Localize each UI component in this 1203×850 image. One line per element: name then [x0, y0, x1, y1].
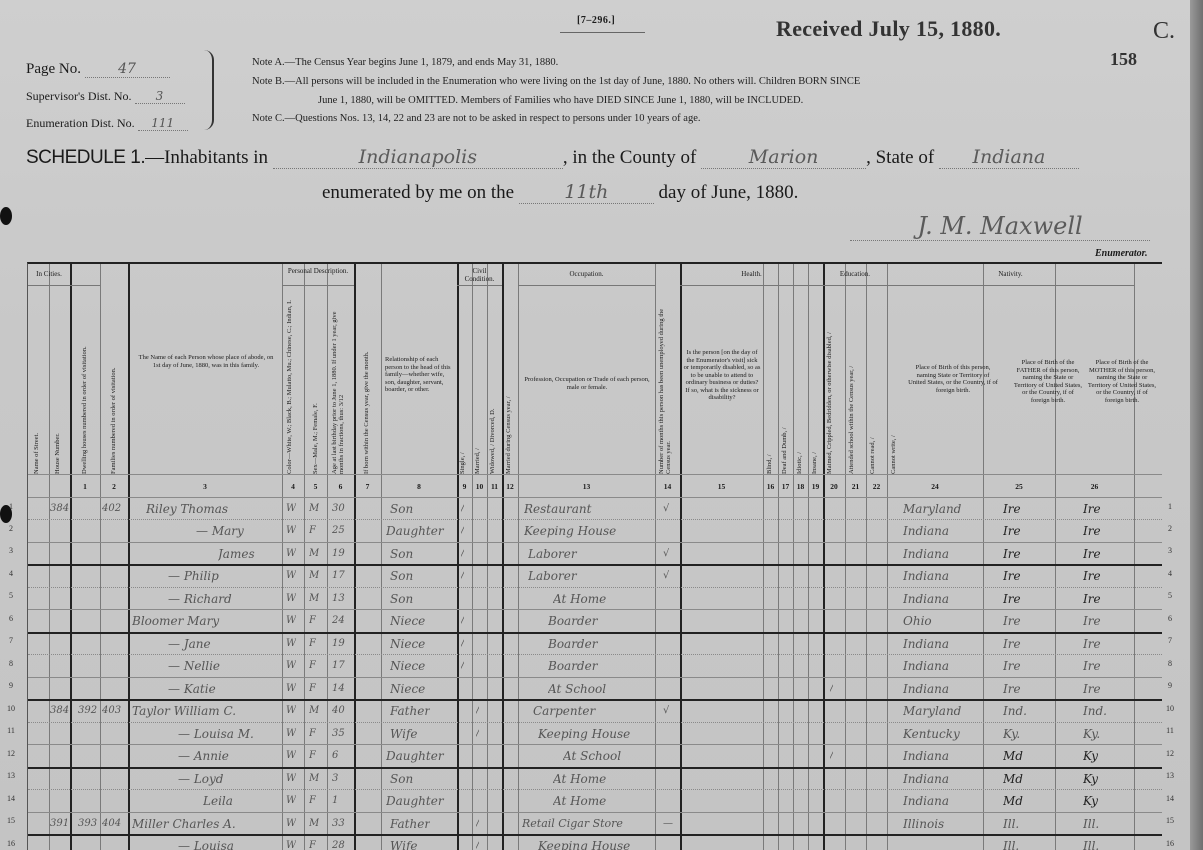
father-birthplace: Ire — [1003, 544, 1021, 564]
line-number: 7 — [1163, 636, 1177, 645]
col-header-name: The Name of each Person whose place of a… — [138, 354, 274, 369]
mother-birthplace: Ire — [1083, 634, 1101, 654]
line-number: 14 — [1163, 794, 1177, 803]
father-birthplace: Ill. — [1003, 836, 1019, 850]
place-value: Indianapolis — [273, 146, 563, 169]
line-number: 4 — [1163, 569, 1177, 578]
group-civil-condition: Civil Condition. — [457, 267, 502, 283]
age: 17 — [332, 656, 345, 676]
note-b-continued: June 1, 1880, will be OMITTED. Members o… — [318, 95, 803, 106]
sex: F — [309, 679, 316, 699]
line-number: 2 — [4, 524, 18, 533]
group-nativity: Nativity. — [887, 270, 1134, 278]
line-number: 2 — [1163, 524, 1177, 533]
enumeration-district-label: Enumeration Dist. No. — [26, 116, 135, 131]
col-header-dwelling: Dwelling houses numbered in order of vis… — [81, 294, 88, 474]
enumerator-label: Enumerator. — [1095, 248, 1148, 259]
single-mark: / — [461, 566, 464, 586]
father-birthplace: Md — [1003, 769, 1023, 789]
mother-birthplace: Ire — [1083, 589, 1101, 609]
census-page: [7–296.] Received July 15, 1880. C. 158 … — [0, 0, 1190, 850]
birthplace: Indiana — [903, 791, 949, 811]
col-header-father-birthplace: Place of Birth of the FATHER of this per… — [1013, 359, 1083, 404]
occupation: Laborer — [528, 566, 654, 586]
sex: M — [309, 769, 319, 789]
mother-birthplace: Ky. — [1083, 724, 1100, 744]
sex: F — [309, 634, 316, 654]
line-number: 5 — [1163, 591, 1177, 600]
person-name: James — [218, 544, 282, 564]
mother-birthplace: Ire — [1083, 521, 1101, 541]
person-name: Miller Charles A. — [132, 814, 282, 834]
family-number: 403 — [102, 701, 128, 721]
father-birthplace: Ire — [1003, 634, 1021, 654]
line-number: 7 — [4, 636, 18, 645]
occupation: At Home — [553, 769, 653, 789]
relationship: Son — [390, 769, 413, 789]
line-number: 14 — [4, 794, 18, 803]
person-name: — Mary — [146, 521, 332, 541]
color: W — [286, 679, 296, 699]
sex: F — [309, 791, 316, 811]
relationship: Niece — [390, 679, 425, 699]
col-header-birthplace: Place of Birth of this person, naming St… — [908, 364, 998, 394]
mother-birthplace: Ire — [1083, 656, 1101, 676]
line-number: 11 — [4, 726, 18, 735]
father-birthplace: Md — [1003, 746, 1023, 766]
line-number: 12 — [4, 749, 18, 758]
birthplace: Maryland — [903, 701, 961, 721]
state-label: , State of — [866, 147, 934, 168]
col-num: 4 — [282, 482, 304, 491]
sex: M — [309, 814, 319, 834]
col-header-unemployed: Number of months this person has been un… — [658, 294, 674, 474]
relationship: Daughter — [386, 746, 456, 766]
col-num: 16 — [763, 482, 778, 491]
enumeration-district-line: Enumeration Dist. No. 111 — [26, 116, 188, 131]
color: W — [286, 769, 296, 789]
line-number: 6 — [1163, 614, 1177, 623]
punch-hole — [0, 207, 12, 225]
relationship: Niece — [390, 611, 425, 631]
supervisor-district-line: Supervisor's Dist. No. 3 — [26, 89, 185, 104]
occupation: At Home — [553, 589, 653, 609]
enumeration-district-value: 111 — [138, 116, 188, 131]
sex: F — [309, 611, 316, 631]
day-suffix: day of June, 1880. — [659, 182, 799, 203]
person-name: Leila — [203, 791, 282, 811]
sheet-number: 158 — [1110, 49, 1137, 70]
col-header-widowed: Widowed, / Divorced, D. — [489, 364, 496, 474]
sex: M — [309, 589, 319, 609]
col-num: 19 — [808, 482, 823, 491]
group-in-cities: In Cities. — [28, 270, 70, 278]
person-name: — Philip — [168, 566, 282, 586]
line-number: 5 — [4, 591, 18, 600]
state-value: Indiana — [939, 146, 1079, 169]
enumeration-date-line: enumerated by me on the 11th day of June… — [322, 181, 798, 204]
line-number: 8 — [1163, 659, 1177, 668]
sex: M — [309, 566, 319, 586]
father-birthplace: Ill. — [1003, 814, 1019, 834]
color: W — [286, 701, 296, 721]
page-number-line: Page No. 47 — [26, 61, 170, 78]
sex: F — [309, 521, 316, 541]
single-mark: / — [461, 499, 464, 519]
unemployed-mark: √ — [663, 499, 669, 519]
person-name: — Katie — [168, 679, 282, 699]
house-number: 384 — [50, 499, 100, 519]
person-name: — Nellie — [168, 656, 282, 676]
line-number: 15 — [1163, 816, 1177, 825]
unemployed-mark: — — [663, 814, 673, 834]
line-number: 10 — [4, 704, 18, 713]
mother-birthplace: Ill. — [1083, 814, 1099, 834]
person-name: — Louisa M. — [178, 724, 282, 744]
age: 24 — [332, 611, 345, 631]
relationship: Son — [390, 589, 413, 609]
col-num: 13 — [518, 482, 655, 491]
sex: F — [309, 656, 316, 676]
col-header-age: Age at last birthday prior to June 1, 18… — [331, 292, 347, 474]
col-header-sickness: Is the person [on the day of the Enumera… — [683, 349, 761, 402]
birthplace: Indiana — [903, 544, 949, 564]
supervisor-district-label: Supervisor's Dist. No. — [26, 89, 132, 104]
col-num: 20 — [823, 482, 845, 491]
married-mark: / — [476, 836, 479, 850]
col-num: 5 — [304, 482, 327, 491]
schedule-title: SCHEDULE 1. — [26, 147, 145, 168]
occupation: At School — [563, 746, 653, 766]
sex: F — [309, 746, 316, 766]
line-number: 3 — [4, 546, 18, 555]
sex: M — [309, 499, 319, 519]
dwelling-number: 392 — [78, 701, 100, 721]
father-birthplace: Ire — [1003, 521, 1021, 541]
col-num: 3 — [128, 482, 282, 491]
father-birthplace: Md — [1003, 791, 1023, 811]
father-birthplace: Ire — [1003, 566, 1021, 586]
col-num: 24 — [887, 482, 983, 491]
col-num: 25 — [983, 482, 1055, 491]
sex: M — [309, 701, 319, 721]
mother-birthplace: Ire — [1083, 499, 1101, 519]
col-num: 10 — [472, 482, 487, 491]
occupation: Retail Cigar Store — [522, 814, 654, 834]
person-name: Taylor William C. — [132, 701, 282, 721]
county-value: Marion — [701, 146, 866, 169]
line-number: 6 — [4, 614, 18, 623]
age: 1 — [332, 791, 338, 811]
color: W — [286, 544, 296, 564]
day-value: 11th — [519, 181, 654, 204]
family-number: 404 — [102, 814, 128, 834]
relationship: Niece — [390, 656, 425, 676]
sex: M — [309, 544, 319, 564]
occupation: Laborer — [528, 544, 654, 564]
col-num: 26 — [1055, 482, 1134, 491]
birthplace: Illinois — [903, 814, 944, 834]
color: W — [286, 521, 296, 541]
col-num: 2 — [100, 482, 128, 491]
line-number: 9 — [1163, 681, 1177, 690]
col-num: 9 — [457, 482, 472, 491]
col-num: 11 — [487, 482, 502, 491]
person-name: Riley Thomas — [146, 499, 282, 519]
line-number: 15 — [4, 816, 18, 825]
occupation: Restaurant — [524, 499, 654, 519]
color: W — [286, 836, 296, 850]
father-birthplace: Ky. — [1003, 724, 1020, 744]
unemployed-mark: √ — [663, 566, 669, 586]
note-b: Note B.—All persons will be included in … — [252, 76, 860, 87]
mother-birthplace: Ire — [1083, 566, 1101, 586]
line-number: 13 — [4, 771, 18, 780]
school-mark: / — [830, 679, 833, 699]
single-mark: / — [461, 611, 464, 631]
occupation: Keeping House — [538, 836, 653, 850]
person-name: — Annie — [178, 746, 282, 766]
supervisor-district-value: 3 — [135, 89, 185, 104]
color: W — [286, 814, 296, 834]
col-header-idiotic: Idiotic, / — [796, 434, 803, 474]
person-name: — Richard — [168, 589, 282, 609]
form-code: [7–296.] — [577, 15, 615, 26]
birthplace: Indiana — [903, 656, 949, 676]
line-number: 16 — [4, 839, 18, 848]
father-birthplace: Ire — [1003, 679, 1021, 699]
age: 28 — [332, 836, 345, 850]
col-num: 22 — [866, 482, 887, 491]
mother-birthplace: Ky — [1083, 791, 1098, 811]
col-header-street: Name of Street. — [33, 404, 40, 474]
mother-birthplace: Ire — [1083, 679, 1101, 699]
col-header-cannot-write: Cannot write, / — [890, 414, 897, 474]
mother-birthplace: Ky — [1083, 746, 1098, 766]
birthplace: Maryland — [903, 499, 961, 519]
line-number: 3 — [1163, 546, 1177, 555]
age: 35 — [332, 724, 345, 744]
relationship: Father — [390, 701, 430, 721]
age: 33 — [332, 814, 345, 834]
age: 17 — [332, 566, 345, 586]
mother-birthplace: Ind. — [1083, 701, 1107, 721]
occupation: Boarder — [548, 656, 653, 676]
relationship: Son — [390, 566, 413, 586]
color: W — [286, 791, 296, 811]
sex: F — [309, 724, 316, 744]
color: W — [286, 589, 296, 609]
color: W — [286, 746, 296, 766]
col-num: 12 — [502, 482, 518, 491]
school-mark: / — [830, 746, 833, 766]
mother-birthplace: Ire — [1083, 544, 1101, 564]
line-number: 8 — [4, 659, 18, 668]
col-num: 8 — [381, 482, 457, 491]
col-num: 21 — [845, 482, 866, 491]
relationship: Son — [390, 499, 413, 519]
divider — [560, 32, 645, 33]
brace — [204, 50, 214, 130]
single-mark: / — [461, 521, 464, 541]
age: 25 — [332, 521, 345, 541]
col-header-birth-month: If born within the Census year, give the… — [363, 304, 370, 474]
relationship: Niece — [390, 634, 425, 654]
person-name: — Louisa — [178, 836, 282, 850]
birthplace: Indiana — [903, 634, 949, 654]
father-birthplace: Ire — [1003, 499, 1021, 519]
age: 19 — [332, 634, 345, 654]
father-birthplace: Ind. — [1003, 701, 1027, 721]
col-header-relationship: Relationship of each person to the head … — [385, 356, 455, 394]
birthplace: Indiana — [903, 769, 949, 789]
col-num: 6 — [327, 482, 354, 491]
col-header-blind: Blind, / — [766, 434, 773, 474]
mother-birthplace: Ky — [1083, 769, 1098, 789]
relationship: Son — [390, 544, 413, 564]
col-num: 17 — [778, 482, 793, 491]
col-header-single: Single, / — [459, 429, 466, 474]
dwelling-number: 393 — [78, 814, 100, 834]
color: W — [286, 566, 296, 586]
col-header-married: Married, / — [474, 424, 481, 474]
occupation: At Home — [553, 791, 653, 811]
col-header-mother-birthplace: Place of Birth of the MOTHER of this per… — [1086, 359, 1158, 404]
birthplace: Kentucky — [903, 724, 960, 744]
age: 13 — [332, 589, 345, 609]
col-header-married-census-year: Married during Census year, / — [505, 314, 512, 474]
mother-birthplace: Ill. — [1083, 836, 1099, 850]
relationship: Wife — [390, 724, 418, 744]
person-name: — Loyd — [178, 769, 282, 789]
occupation: Boarder — [548, 634, 653, 654]
col-header-color: Color—White, W.; Black, B.; Mulatto, Mu.… — [286, 292, 300, 474]
occupation: Boarder — [548, 611, 653, 631]
unemployed-mark: √ — [663, 544, 669, 564]
line-number: 16 — [1163, 839, 1177, 848]
relationship: Father — [390, 814, 430, 834]
col-header-sex: Sex—Male, M.; Female, F. — [312, 364, 319, 474]
father-birthplace: Ire — [1003, 589, 1021, 609]
color: W — [286, 656, 296, 676]
age: 19 — [332, 544, 345, 564]
person-name: Bloomer Mary — [132, 611, 282, 631]
col-header-cannot-read: Cannot read, / — [869, 414, 876, 474]
birthplace: Ohio — [903, 611, 932, 631]
col-header-deaf-dumb: Deaf and Dumb, / — [781, 409, 788, 474]
line-number: 12 — [1163, 749, 1177, 758]
census-table: In Cities. Personal Description. Civil C… — [27, 262, 1162, 850]
occupation: Carpenter — [533, 701, 653, 721]
line-number: 11 — [1163, 726, 1177, 735]
line-number: 1 — [4, 502, 18, 511]
relationship: Wife — [390, 836, 418, 850]
married-mark: / — [476, 701, 479, 721]
birthplace: Indiana — [903, 746, 949, 766]
col-num: 1 — [70, 482, 100, 491]
birthplace: Indiana — [903, 566, 949, 586]
line-number: 4 — [4, 569, 18, 578]
col-num: 7 — [354, 482, 381, 491]
color: W — [286, 724, 296, 744]
single-mark: / — [461, 544, 464, 564]
col-num: 14 — [655, 482, 680, 491]
inhabitants-label: —Inhabitants in — [145, 147, 268, 168]
group-occupation: Occupation. — [518, 270, 655, 278]
married-mark: / — [476, 814, 479, 834]
birthplace: Indiana — [903, 521, 949, 541]
occupation: Keeping House — [524, 521, 654, 541]
county-label: , in the County of — [563, 147, 697, 168]
line-number: 13 — [1163, 771, 1177, 780]
col-header-family: Families numbered in order of visitation… — [110, 324, 117, 474]
color: W — [286, 634, 296, 654]
col-header-maimed: Maimed, Crippled, Bedridden, or otherwis… — [826, 294, 833, 474]
page-number-value: 47 — [85, 61, 170, 78]
unemployed-mark: √ — [663, 701, 669, 721]
group-education: Education. — [823, 270, 887, 278]
group-health: Health. — [680, 270, 823, 278]
color: W — [286, 499, 296, 519]
person-name: — Jane — [168, 634, 282, 654]
line-number: 1 — [1163, 502, 1177, 511]
age: 14 — [332, 679, 345, 699]
single-mark: / — [461, 656, 464, 676]
col-num: 15 — [680, 482, 763, 491]
sex: F — [309, 836, 316, 850]
note-a: Note A.—The Census Year begins June 1, 1… — [252, 57, 558, 68]
single-mark: / — [461, 634, 464, 654]
relationship: Daughter — [386, 521, 456, 541]
father-birthplace: Ire — [1003, 611, 1021, 631]
line-number: 9 — [4, 681, 18, 690]
schedule-heading: SCHEDULE 1.—Inhabitants in Indianapolis,… — [26, 146, 1079, 169]
line-number: 10 — [1163, 704, 1177, 713]
color: W — [286, 611, 296, 631]
page-edge — [1190, 0, 1203, 850]
birthplace: Indiana — [903, 589, 949, 609]
enumerator-signature: J. M. Maxwell — [850, 212, 1150, 241]
relationship: Daughter — [386, 791, 456, 811]
age: 30 — [332, 499, 345, 519]
family-number: 402 — [102, 499, 128, 519]
father-birthplace: Ire — [1003, 656, 1021, 676]
birthplace: Indiana — [903, 679, 949, 699]
age: 40 — [332, 701, 345, 721]
note-c: Note C.—Questions Nos. 13, 14, 22 and 23… — [252, 113, 701, 124]
occupation: Keeping House — [538, 724, 653, 744]
age: 3 — [332, 769, 338, 789]
col-header-house: House Number. — [54, 404, 61, 474]
page-number-label: Page No. — [26, 61, 81, 78]
col-header-attended-school: Attended school within the Census year, … — [848, 314, 855, 474]
age: 6 — [332, 746, 338, 766]
occupation: At School — [548, 679, 653, 699]
col-header-insane: Insane, / — [811, 434, 818, 474]
enumerated-label: enumerated by me on the — [322, 182, 514, 203]
mother-birthplace: Ire — [1083, 611, 1101, 631]
col-header-occupation: Profession, Occupation or Trade of each … — [523, 376, 651, 391]
received-stamp: Received July 15, 1880. — [776, 16, 1001, 42]
married-mark: / — [476, 724, 479, 744]
group-personal-description: Personal Description. — [282, 267, 354, 275]
corner-letter: C. — [1153, 18, 1175, 45]
col-num: 18 — [793, 482, 808, 491]
